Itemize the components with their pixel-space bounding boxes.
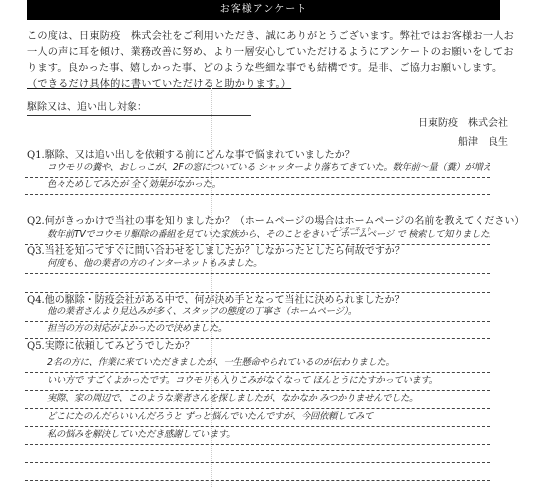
answer-line: 2名の方に、作業に来ていただきましたが、一生懸命やられているのが伝わりました。 bbox=[25, 355, 490, 373]
answer-line: 担当の方の対応がよかったので決めました。 bbox=[25, 321, 490, 339]
target-field: 駆除又は、追い出し対象： bbox=[27, 101, 251, 116]
answer-line: 実際、家の周辺で、このような業者さんを探しましたが、なかなか みつかりませんでし… bbox=[25, 391, 490, 409]
answer-line: 何度も、他の業者の方のインターネットもみました。 bbox=[25, 256, 490, 274]
target-label: 駆除又は、追い出し対象： bbox=[27, 102, 147, 113]
intro-paragraph: この度は、日東防疫 株式会社をご利用いただき、誠にありがとうございます。弊社では… bbox=[27, 31, 514, 74]
question-5: Q5.実際に依頼してみどうでしたか？ bbox=[27, 340, 195, 354]
answer-line bbox=[25, 275, 490, 293]
intro-note: （できるだけ具体的に書いていただけると助かります。） bbox=[27, 79, 291, 90]
answer-line: 数年前TVでコウモリ駆除の番組を見ていた家族から、そのことをきいて ホームページ… bbox=[25, 227, 490, 245]
answer-line: 他の業者さんより見込みが多く、スタッフの態度の丁寧さ（ホームページ）。 bbox=[25, 304, 490, 322]
answer-line: 色々ためしてみたが 全く効果がなかった。 bbox=[25, 177, 490, 195]
survey-title: お客様アンケート bbox=[220, 4, 307, 15]
intro-text: この度は、日東防疫 株式会社をご利用いただき、誠にありがとうございます。弊社では… bbox=[27, 29, 519, 93]
answer-line: どこにたのんだらいいんだろうと ずっと悩んでいたんですが、今回依頼してみて bbox=[25, 409, 490, 427]
answer-line: いい方で すごくよかったです。コウモリも入りこみがなくなって ほんとうにたすかっ… bbox=[25, 373, 490, 391]
answer-line bbox=[25, 445, 490, 463]
answer-line: 私の悩みを解決していただき感謝しています。 bbox=[25, 427, 490, 445]
survey-title-bar: お客様アンケート bbox=[27, 0, 500, 20]
company-name: 日東防疫 株式会社 bbox=[418, 117, 508, 131]
staff-name: 船津 良生 bbox=[458, 136, 508, 150]
answer-line: コウモリの糞や、おしっこが、2Fの窓についている シャッターより落ちてきていた。… bbox=[25, 160, 490, 178]
handwritten-annotation: インターネット bbox=[332, 227, 371, 237]
answer-line bbox=[25, 463, 490, 481]
